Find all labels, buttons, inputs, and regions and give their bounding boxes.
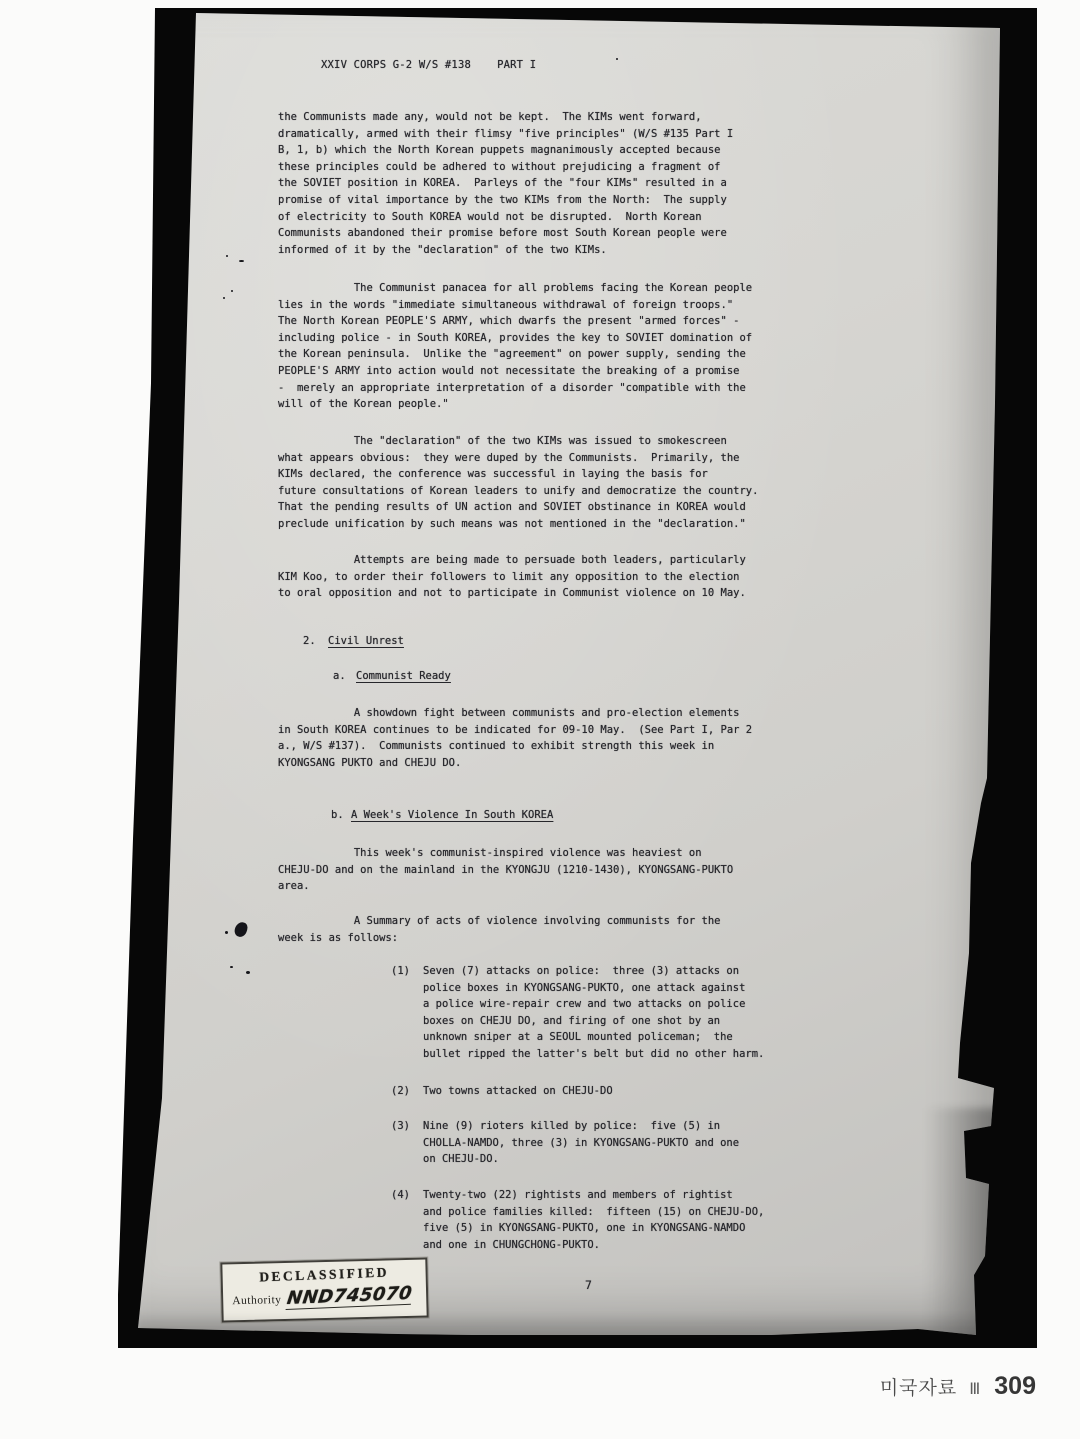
- subsection-letter: b.: [331, 807, 351, 824]
- list-item-number: (4): [391, 1187, 423, 1253]
- paragraph-2: The Communist panacea for all problems f…: [278, 280, 752, 413]
- document-page: XXIV CORPS G-2 W/S #138 PART I the Commu…: [138, 13, 1000, 1335]
- subsection-heading-communist-ready: a. Communist Ready: [333, 668, 451, 685]
- paragraph-summary-lead: A Summary of acts of violence involving …: [278, 913, 721, 946]
- paragraph-1: the Communists made any, would not be ke…: [278, 109, 733, 258]
- list-item-text: Two towns attacked on CHEJU-DO: [423, 1083, 613, 1100]
- ink-speck: [226, 255, 228, 257]
- ink-speck: [239, 260, 244, 262]
- list-item-text: Nine (9) rioters killed by police: five …: [423, 1118, 739, 1168]
- paragraph-communist-ready: A showdown fight between communists and …: [278, 705, 752, 771]
- paragraph-4: Attempts are being made to persuade both…: [278, 552, 746, 602]
- subsection-title: A Week's Violence In South KOREA: [351, 807, 553, 824]
- footer-page-number: 309: [994, 1372, 1036, 1401]
- authority-label: Authority: [232, 1294, 282, 1307]
- section-title: Civil Unrest: [328, 633, 404, 650]
- list-item-number: (1): [391, 963, 423, 1063]
- ink-speck: [246, 971, 250, 974]
- list-item-text: Twenty-two (22) rightists and members of…: [423, 1187, 764, 1253]
- list-item: (3) Nine (9) rioters killed by police: f…: [391, 1118, 739, 1168]
- ink-blot: [233, 921, 249, 939]
- subsection-title: Communist Ready: [356, 668, 451, 685]
- list-item: (4) Twenty-two (22) rightists and member…: [391, 1187, 764, 1253]
- ink-speck: [231, 290, 233, 292]
- paragraph-3: The "declaration" of the two KIMs was is…: [278, 433, 758, 533]
- list-item: (2) Two towns attacked on CHEJU-DO: [391, 1083, 613, 1100]
- page-number: 7: [585, 1277, 592, 1294]
- section-number: 2.: [303, 633, 328, 650]
- section-heading-civil-unrest: 2. Civil Unrest: [303, 633, 404, 650]
- subsection-letter: a.: [333, 668, 356, 685]
- ink-speck: [616, 58, 618, 60]
- declassified-stamp-authority: Authority NND745070: [232, 1284, 412, 1310]
- footer-volume-numeral: Ⅲ: [969, 1379, 980, 1399]
- list-item-text: Seven (7) attacks on police: three (3) a…: [423, 963, 764, 1063]
- authority-number-handwritten: NND745070: [286, 1283, 414, 1310]
- scanned-document-photo: { "page": { "header": "XXIV CORPS G-2 W/…: [0, 0, 1080, 1439]
- page-shadow-bottom: [138, 1313, 1000, 1339]
- photo-black-backdrop: XXIV CORPS G-2 W/S #138 PART I the Commu…: [118, 8, 1037, 1348]
- subsection-heading-weeks-violence: b. A Week's Violence In South KOREA: [331, 807, 553, 824]
- paragraph-violence-summary-intro: This week's communist-inspired violence …: [278, 845, 733, 895]
- book-footer: 미국자료 Ⅲ 309: [880, 1372, 1036, 1401]
- ink-speck: [230, 966, 233, 968]
- document-header: XXIV CORPS G-2 W/S #138 PART I: [321, 57, 536, 74]
- ink-speck: [225, 931, 228, 934]
- list-item: (1) Seven (7) attacks on police: three (…: [391, 963, 764, 1063]
- list-item-number: (2): [391, 1083, 423, 1100]
- footer-collection-label: 미국자료: [880, 1373, 957, 1400]
- ink-speck: [223, 297, 225, 299]
- page-shadow-right: [911, 1108, 1006, 1343]
- list-item-number: (3): [391, 1118, 423, 1168]
